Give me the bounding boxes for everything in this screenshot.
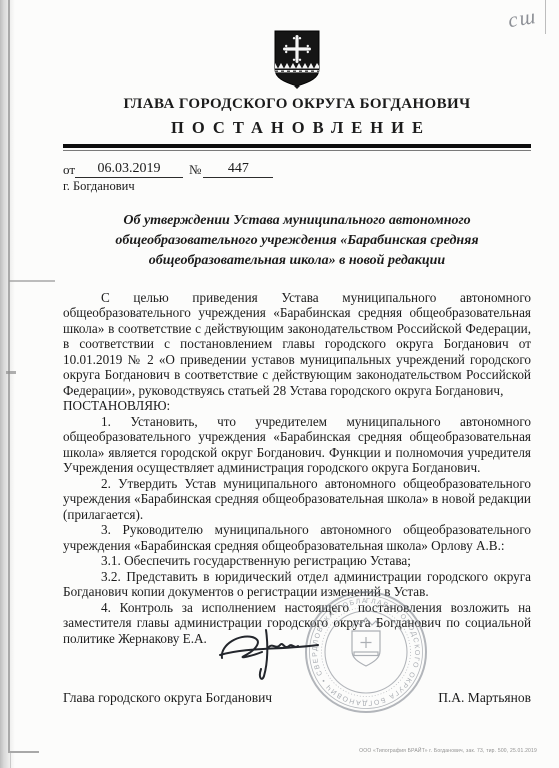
stamp-emblem [352, 618, 380, 666]
signature-scribble [218, 616, 348, 688]
printer-imprint: ООО «Типография БРАЙТ» г. Богданович, за… [359, 748, 537, 754]
scanned-document-page: сш ГЛАВА ГОРОДСКОГО ОКРУГА БОГДАНОВИЧ ПО… [0, 0, 559, 768]
number-value: 447 [203, 161, 273, 178]
date-label: от [63, 162, 75, 177]
document-type-heading: ПОСТАНОВЛЕНИЕ [63, 118, 531, 138]
scan-edge-line [8, 0, 10, 751]
corner-fold-artifact [8, 751, 39, 753]
paragraph-resolve-word: ПОСТАНОВЛЯЮ: [63, 398, 531, 414]
document-content: ГЛАВА ГОРОДСКОГО ОКРУГА БОГДАНОВИЧ ПОСТА… [63, 0, 531, 706]
signer-position: Глава городского округа Богданович [63, 690, 272, 706]
signer-name: П.А. Мартьянов [438, 690, 531, 706]
issuing-authority: ГЛАВА ГОРОДСКОГО ОКРУГА БОГДАНОВИЧ [63, 96, 531, 113]
signature-row: Глава городского округа Богданович П.А. … [63, 690, 531, 706]
coat-of-arms-icon [273, 29, 321, 89]
scan-artifact [9, 280, 55, 282]
paragraph-preamble: С целью приведения Устава муниципального… [63, 290, 531, 399]
paragraph-item-3-1: 3.1. Обеспечить государственную регистра… [63, 553, 531, 569]
corner-fold-artifact [10, 753, 11, 768]
scan-artifact [6, 371, 16, 374]
scan-edge-right [545, 0, 546, 34]
number-sign: № [189, 162, 201, 177]
document-body: С целью приведения Устава муниципального… [63, 290, 531, 647]
document-title: Об утверждении Устава муниципального авт… [63, 211, 531, 271]
header-rule [63, 144, 531, 151]
paragraph-item-1: 1. Установить, что учредителем муниципал… [63, 414, 531, 476]
place-of-issue: г. Богданович [63, 179, 531, 194]
date-value: 06.03.2019 [75, 161, 183, 178]
paragraph-item-3-2: 3.2. Представить в юридический отдел адм… [63, 569, 531, 600]
date-number-line: от06.03.2019№447 [63, 160, 531, 178]
paragraph-item-3: 3. Руководителю муниципального автономно… [63, 522, 531, 553]
paragraph-item-2: 2. Утвердить Устав муниципального автоно… [63, 476, 531, 523]
